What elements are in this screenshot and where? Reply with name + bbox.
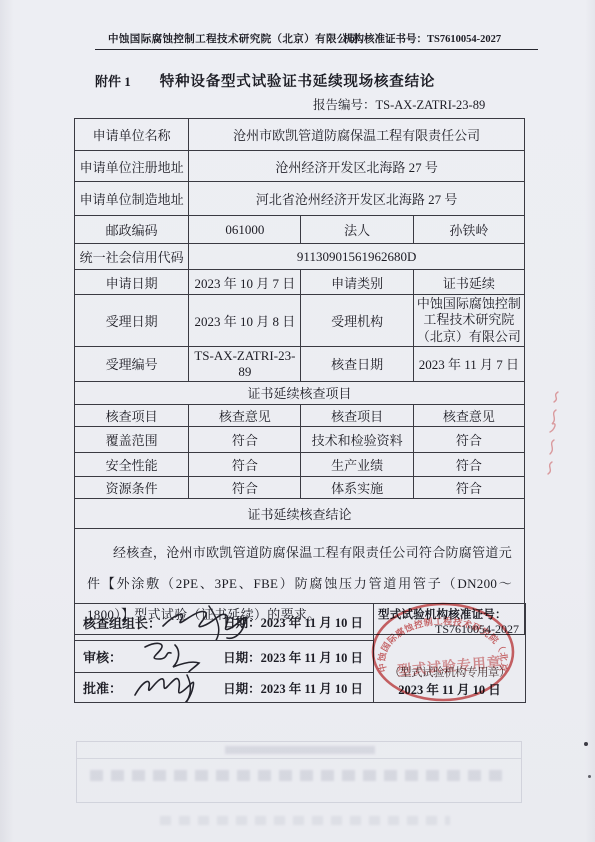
apply-date-value: 2023 年 10 月 7 日: [189, 270, 301, 295]
table-row: 受理编号 TS-AX-ZATRI-23-89 核查日期 2023 年 11 月 …: [75, 346, 525, 381]
accept-org-value: 中蚀国际腐蚀控制工程技术研究院（北京）有限公司: [413, 295, 524, 347]
section-check-items-title: 证书延续核查项目: [75, 381, 525, 404]
check-item: 安全性能: [75, 452, 189, 476]
credit-code-value: 91130901561962680D: [189, 244, 525, 270]
table-row: 受理日期 2023 年 10 月 8 日 受理机构 中蚀国际腐蚀控制工程技术研究…: [75, 295, 525, 347]
table-row: 核查组组长： 日期：2023 年 11 月 10 日 型式试验机构核准证号： T…: [75, 604, 526, 641]
bleedthrough-text-ghost: [90, 770, 505, 781]
apply-category-value: 证书延续: [413, 270, 524, 295]
check-item: 资源条件: [75, 476, 189, 498]
accept-date-label: 受理日期: [75, 295, 189, 347]
check-opinion: 符合: [413, 426, 524, 452]
check-item: 生产业绩: [301, 452, 413, 476]
check-opinion: 符合: [413, 452, 524, 476]
table-row: 邮政编码 061000 法人 孙铁岭: [75, 216, 525, 244]
registered-address-label: 申请单位注册地址: [75, 151, 189, 182]
red-margin-handwriting: [534, 386, 568, 478]
check-item: 技术和检验资料: [301, 426, 413, 452]
accept-date-value: 2023 年 10 月 8 日: [189, 295, 301, 347]
approver-date: 日期：2023 年 11 月 10 日: [223, 679, 363, 697]
check-col-header: 核查意见: [189, 404, 301, 426]
approver-label: 批准：: [83, 681, 122, 696]
postal-code-label: 邮政编码: [75, 216, 189, 244]
report-number: 报告编号：TS-AX-ZATRI-23-89: [313, 95, 485, 113]
check-opinion: 符合: [189, 426, 301, 452]
stamp-cell: 型式试验机构核准证号： TS7610054-2027 （型式试验机构专用章） 2…: [374, 604, 526, 703]
apply-date-label: 申请日期: [75, 270, 189, 295]
check-opinion: 符合: [189, 476, 301, 498]
table-row: 统一社会信用代码 91130901561962680D: [75, 244, 525, 270]
team-leader-date: 日期：2023 年 11 月 10 日: [223, 613, 363, 631]
accept-org-label: 受理机构: [301, 295, 413, 347]
table-row: 申请单位注册地址 沧州经济开发区北海路 27 号: [75, 151, 525, 182]
verification-form-table: 申请单位名称 沧州市欧凯管道防腐保温工程有限责任公司 申请单位注册地址 沧州经济…: [74, 118, 525, 635]
check-date-label: 核查日期: [301, 346, 413, 381]
credit-code-label: 统一社会信用代码: [75, 244, 189, 270]
table-row: 证书延续核查项目: [75, 381, 525, 404]
header-approval-cert-number: 机构核准证书号：TS7610054-2027: [343, 31, 501, 46]
check-item: 覆盖范围: [75, 426, 189, 452]
table-row: 申请日期 2023 年 10 月 7 日 申请类别 证书延续: [75, 270, 525, 295]
table-row: 证书延续核查结论: [75, 498, 525, 528]
scan-speck: [588, 775, 591, 778]
reviewer-date: 日期：2023 年 11 月 10 日: [223, 648, 363, 666]
manufacture-address-label: 申请单位制造地址: [75, 182, 189, 216]
postal-code-value: 061000: [189, 216, 301, 244]
table-row: 核查项目 核查意见 核查项目 核查意见: [75, 404, 525, 426]
manufacture-address-value: 河北省沧州经济开发区北海路 27 号: [189, 182, 525, 216]
accept-number-label: 受理编号: [75, 346, 189, 381]
reviewer-label: 审核：: [83, 650, 122, 665]
section-conclusion-title: 证书延续核查结论: [75, 498, 525, 528]
header-organization: 中蚀国际腐蚀控制工程技术研究院（北京）有限公司: [108, 31, 359, 46]
scan-speck: [584, 742, 588, 746]
check-col-header: 核查项目: [301, 404, 413, 426]
applicant-name-label: 申请单位名称: [75, 119, 189, 151]
table-row: 覆盖范围 符合 技术和检验资料 符合: [75, 426, 525, 452]
official-red-stamp: 中蚀国际腐蚀控制工程技术研究院（北京）有限公司: [370, 601, 520, 703]
check-opinion: 符合: [189, 452, 301, 476]
legal-person-value: 孙铁岭: [413, 216, 524, 244]
check-col-header: 核查项目: [75, 404, 189, 426]
table-row: 资源条件 符合 体系实施 符合: [75, 476, 525, 498]
team-leader-label: 核查组组长：: [83, 616, 161, 631]
registered-address-value: 沧州经济开发区北海路 27 号: [189, 151, 525, 182]
scanned-document-page: 中蚀国际腐蚀控制工程技术研究院（北京）有限公司 机构核准证书号：TS761005…: [0, 0, 595, 842]
table-row: 安全性能 符合 生产业绩 符合: [75, 452, 525, 476]
approver-signature: [127, 673, 217, 703]
header-rule: [95, 49, 538, 50]
applicant-name-value: 沧州市欧凯管道防腐保温工程有限责任公司: [189, 119, 525, 151]
approver-sign-cell: 批准： 日期：2023 年 11 月 10 日: [75, 673, 374, 703]
legal-person-label: 法人: [301, 216, 413, 244]
bleedthrough-text-ghost: [160, 816, 450, 825]
accept-number-value: TS-AX-ZATRI-23-89: [189, 346, 301, 381]
team-leader-sign-cell: 核查组组长： 日期：2023 年 11 月 10 日: [75, 604, 374, 641]
check-date-value: 2023 年 11 月 7 日: [413, 346, 524, 381]
document-title: 特种设备型式试验证书延续现场核查结论: [0, 70, 595, 91]
bleedthrough-table-ghost: [76, 741, 522, 803]
apply-category-label: 申请类别: [301, 270, 413, 295]
check-opinion: 符合: [413, 476, 524, 498]
check-item: 体系实施: [301, 476, 413, 498]
table-row: 申请单位制造地址 河北省沧州经济开发区北海路 27 号: [75, 182, 525, 216]
signoff-table: 核查组组长： 日期：2023 年 11 月 10 日 型式试验机构核准证号： T…: [74, 603, 526, 703]
table-row: 申请单位名称 沧州市欧凯管道防腐保温工程有限责任公司: [75, 119, 525, 151]
reviewer-signature: [135, 641, 215, 673]
bleedthrough-text-ghost: [225, 746, 375, 754]
check-col-header: 核查意见: [413, 404, 524, 426]
reviewer-sign-cell: 审核： 日期：2023 年 11 月 10 日: [75, 641, 374, 673]
